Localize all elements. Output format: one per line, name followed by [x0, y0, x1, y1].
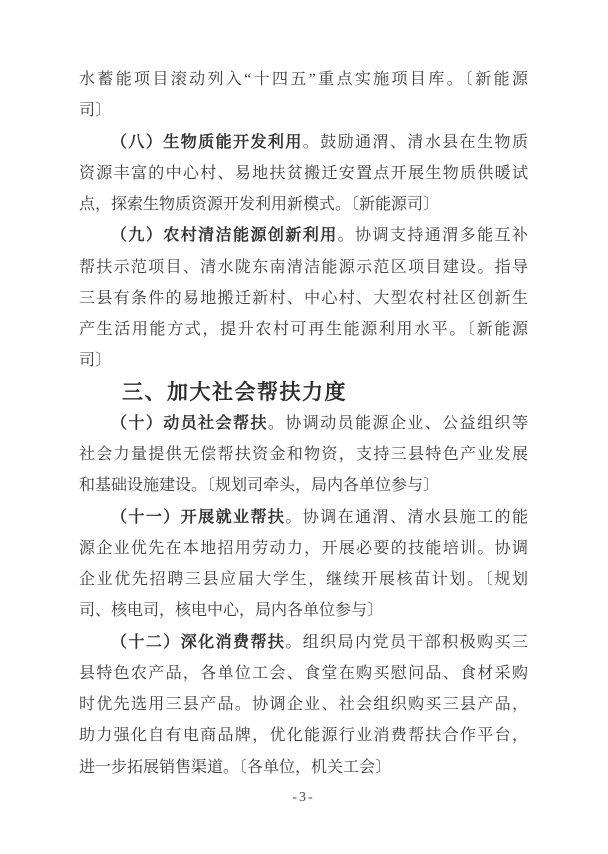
doc-line: 三县有条件的易地搬迁新村、中心村、大型农村社区创新生: [79, 283, 528, 314]
section-heading-text: 三、加大社会帮扶力度: [122, 381, 347, 404]
line-text: 。协调支持通渭多能互补: [338, 227, 528, 244]
document-page: 水蓄能项目滚动列入“十四五”重点实施项目库。〔新能源 司〕 （八）生物质能开发利…: [0, 0, 608, 854]
doc-line: 司〕: [79, 345, 528, 376]
doc-line: 和基础设施建设。〔规划司牵头，局内各单位参与〕: [79, 470, 528, 501]
line-text: 。鼓励通渭、清水县在生物质: [303, 134, 528, 151]
paragraph-title-bold: （十二）深化消费帮扶: [111, 634, 285, 651]
page-number: -3-: [79, 790, 528, 806]
line-text: 助力强化自有电商品牌，优化能源行业消费帮扶合作平台，: [79, 727, 528, 744]
doc-line: 产生活用能方式，提升农村可再生能源利用水平。〔新能源: [79, 314, 528, 345]
line-text: 三县有条件的易地搬迁新村、中心村、大型农村社区创新生: [79, 290, 528, 307]
line-text: 司〕: [79, 102, 111, 119]
line-text: 帮扶示范项目、清水陇东南清洁能源示范区项目建设。指导: [79, 259, 528, 276]
paragraph-title-bold: （八）生物质能开发利用: [111, 134, 303, 151]
line-text: 点，探索生物质资源开发利用新模式。〔新能源司〕: [79, 196, 439, 213]
doc-line: 企业优先招聘三县应届大学生，继续开展核苗计划。〔规划: [79, 564, 528, 595]
paragraph-title-line: （十一）开展就业帮扶。协调在通渭、清水县施工的能: [79, 502, 528, 533]
line-text: 司〕: [79, 352, 111, 369]
doc-line: 县特色农产品，各单位工会、食堂在购买慰问品、食材采购: [79, 658, 528, 689]
paragraph-title-bold: （十一）开展就业帮扶: [111, 509, 285, 526]
line-text: 水蓄能项目滚动列入“十四五”重点实施项目库。〔新能源: [79, 71, 528, 88]
paragraph-title-bold: （十）动员社会帮扶: [111, 415, 268, 432]
line-text: 源企业优先在本地招用劳动力，开展必要的技能培训。协调: [79, 540, 528, 557]
paragraph-title-line: （九）农村清洁能源创新利用。协调支持通渭多能互补: [79, 220, 528, 251]
line-text: 企业优先招聘三县应届大学生，继续开展核苗计划。〔规划: [79, 571, 528, 588]
doc-line: 资源丰富的中心村、易地扶贫搬迁安置点开展生物质供暖试: [79, 158, 528, 189]
line-text: 产生活用能方式，提升农村可再生能源利用水平。〔新能源: [79, 321, 528, 338]
line-text: 资源丰富的中心村、易地扶贫搬迁安置点开展生物质供暖试: [79, 165, 528, 182]
line-text: 时优先选用三县产品。协调企业、社会组织购买三县产品，: [79, 696, 528, 713]
doc-line: 社会力量提供无偿帮扶资金和物资，支持三县特色产业发展: [79, 439, 528, 470]
doc-line: 进一步拓展销售渠道。〔各单位，机关工会〕: [79, 752, 528, 783]
line-text: 。协调在通渭、清水县施工的能: [285, 509, 528, 526]
line-text: 进一步拓展销售渠道。〔各单位，机关工会〕: [79, 759, 391, 776]
doc-line: 司〕: [79, 95, 528, 126]
line-text: 社会力量提供无偿帮扶资金和物资，支持三县特色产业发展: [79, 446, 528, 463]
doc-line: 帮扶示范项目、清水陇东南清洁能源示范区项目建设。指导: [79, 252, 528, 283]
line-text: 。组织局内党员干部积极购买三: [285, 634, 528, 651]
section-heading: 三、加大社会帮扶力度: [79, 377, 528, 408]
line-text: 县特色农产品，各单位工会、食堂在购买慰问品、食材采购: [79, 665, 528, 682]
doc-line: 点，探索生物质资源开发利用新模式。〔新能源司〕: [79, 189, 528, 220]
document-body: 水蓄能项目滚动列入“十四五”重点实施项目库。〔新能源 司〕 （八）生物质能开发利…: [79, 64, 528, 783]
doc-line: 源企业优先在本地招用劳动力，开展必要的技能培训。协调: [79, 533, 528, 564]
paragraph-title-line: （八）生物质能开发利用。鼓励通渭、清水县在生物质: [79, 127, 528, 158]
doc-line: 助力强化自有电商品牌，优化能源行业消费帮扶合作平台，: [79, 720, 528, 751]
paragraph-title-line: （十二）深化消费帮扶。组织局内党员干部积极购买三: [79, 627, 528, 658]
paragraph-title-bold: （九）农村清洁能源创新利用: [111, 227, 338, 244]
doc-line: 时优先选用三县产品。协调企业、社会组织购买三县产品，: [79, 689, 528, 720]
doc-line: 水蓄能项目滚动列入“十四五”重点实施项目库。〔新能源: [79, 64, 528, 95]
doc-line: 司、核电司，核电中心，局内各单位参与〕: [79, 595, 528, 626]
line-text: 和基础设施建设。〔规划司牵头，局内各单位参与〕: [79, 477, 439, 494]
paragraph-title-line: （十）动员社会帮扶。协调动员能源企业、公益组织等: [79, 408, 528, 439]
line-text: 。协调动员能源企业、公益组织等: [268, 415, 528, 432]
line-text: 司、核电司，核电中心，局内各单位参与〕: [79, 602, 383, 619]
